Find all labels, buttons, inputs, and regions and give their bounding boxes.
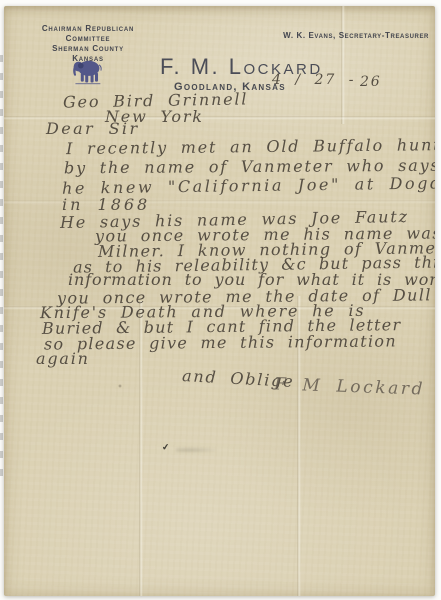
ink-smudge — [176, 447, 220, 453]
handwritten-date: 4 / 27 - — [272, 72, 356, 88]
committee-line-1: Chairman Republican Committee — [20, 24, 156, 44]
fold-line-vertical — [341, 6, 345, 124]
secretary-treasurer-line: W. K. Evans, Secretary-Treasurer — [283, 31, 429, 40]
handwritten-date-year: 26 — [360, 74, 381, 90]
handwritten-line: in 1868 — [62, 197, 150, 213]
handwritten-line: he knew "California Joe" at Dogde — [62, 175, 435, 196]
republican-elephant-icon — [71, 51, 103, 91]
handwritten-line: so please give me this information — [44, 333, 397, 352]
scanned-letter: Chairman Republican Committee Sherman Co… — [0, 0, 441, 600]
ink-speck: ✔ — [161, 443, 170, 454]
letter-paper: Chairman Republican Committee Sherman Co… — [4, 6, 435, 596]
salutation: Dear Sir — [46, 121, 140, 137]
handwritten-line: I recently met an Old Buffalo hunter — [66, 137, 435, 157]
handwritten-line: again — [36, 351, 90, 367]
ink-speck — [118, 384, 122, 388]
scan-edge-artifact — [0, 55, 3, 485]
signature: F M Lockard — [274, 376, 426, 397]
